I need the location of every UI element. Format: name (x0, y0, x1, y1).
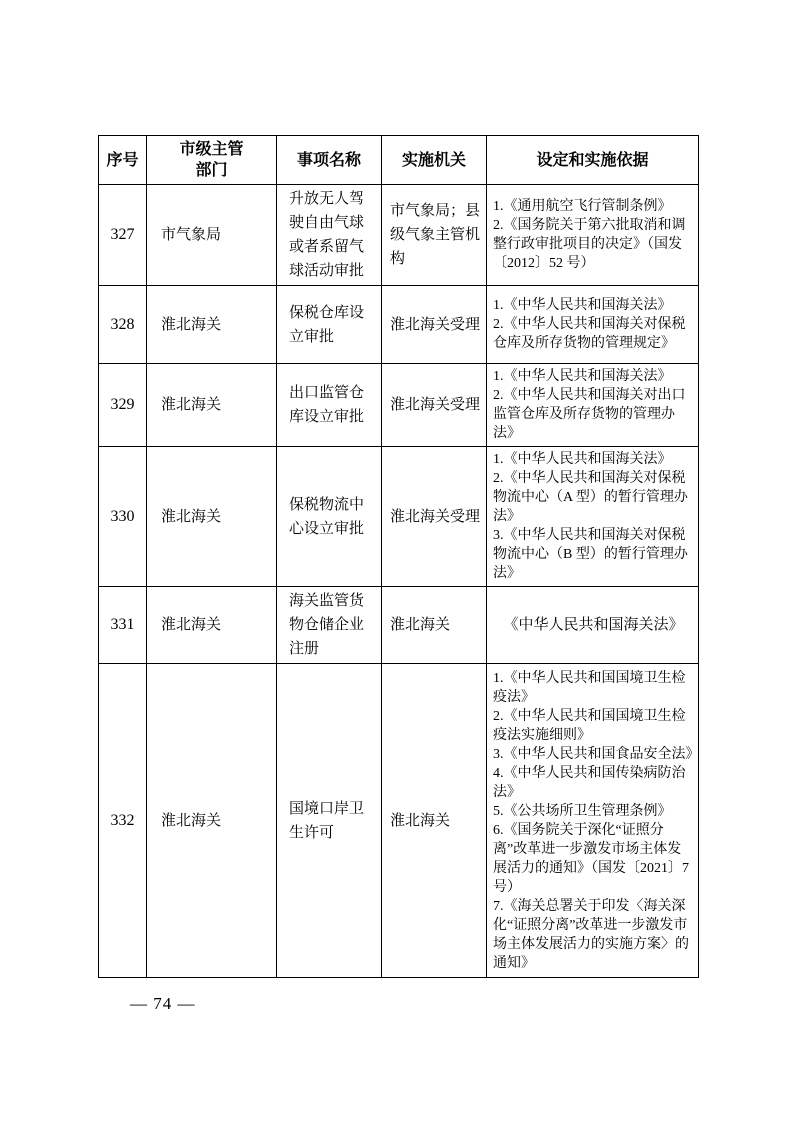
row-330-seq: 330 (99, 447, 147, 587)
basis-item: 2.《中华人民共和国海关对出口监管仓库及所存货物的管理办法》 (493, 386, 694, 443)
page-number: — 74 — (130, 994, 196, 1014)
row-331-department: 淮北海关 (147, 587, 277, 664)
basis-item: 2.《国务院关于第六批取消和调整行政审批项目的决定》（国发〔2012〕52 号） (493, 216, 694, 273)
table-row-328: 328 淮北海关 保税仓库设立审批 淮北海关受理 1.《中华人民共和国海关法》 … (99, 286, 699, 364)
basis-item: 4.《中华人民共和国传染病防治法》 (493, 764, 694, 802)
basis-item: 1.《中华人民共和国国境卫生检疫法》 (493, 669, 694, 707)
row-327-department: 市气象局 (147, 185, 277, 286)
basis-item: 2.《中华人民共和国国境卫生检疫法实施细则》 (493, 707, 694, 745)
row-329-agency: 淮北海关受理 (382, 364, 487, 447)
row-328-item: 保税仓库设立审批 (277, 286, 382, 364)
row-327-item: 升放无人驾驶自由气球或者系留气球活动审批 (277, 185, 382, 286)
basis-item: 1.《中华人民共和国海关法》 (493, 367, 694, 386)
header-department: 市级主管 部门 (147, 136, 277, 185)
row-327-basis: 1.《通用航空飞行管制条例》 2.《国务院关于第六批取消和调整行政审批项目的决定… (487, 185, 699, 286)
header-seq-number: 序号 (99, 136, 147, 185)
row-330-agency: 淮北海关受理 (382, 447, 487, 587)
header-item-name: 事项名称 (277, 136, 382, 185)
row-329-department: 淮北海关 (147, 364, 277, 447)
row-328-seq: 328 (99, 286, 147, 364)
basis-item: 7.《海关总署关于印发〈海关深化“证照分离”改革进一步激发市场主体发展活力的实施… (493, 897, 694, 973)
row-331-seq: 331 (99, 587, 147, 664)
row-330-basis: 1.《中华人民共和国海关法》 2.《中华人民共和国海关对保税物流中心（A 型）的… (487, 447, 699, 587)
row-332-basis: 1.《中华人民共和国国境卫生检疫法》 2.《中华人民共和国国境卫生检疫法实施细则… (487, 664, 699, 978)
basis-item: 2.《中华人民共和国海关对保税物流中心（A 型）的暂行管理办法》 (493, 469, 694, 526)
row-331-basis: 《中华人民共和国海关法》 (487, 587, 699, 664)
row-327-seq: 327 (99, 185, 147, 286)
header-agency: 实施机关 (382, 136, 487, 185)
row-328-department: 淮北海关 (147, 286, 277, 364)
row-327-agency: 市气象局；县级气象主管机构 (382, 185, 487, 286)
row-329-seq: 329 (99, 364, 147, 447)
row-329-item: 出口监管仓库设立审批 (277, 364, 382, 447)
row-332-agency: 淮北海关 (382, 664, 487, 978)
table-row-327: 327 市气象局 升放无人驾驶自由气球或者系留气球活动审批 市气象局；县级气象主… (99, 185, 699, 286)
header-legal-basis: 设定和实施依据 (487, 136, 699, 185)
table-header: 序号 市级主管 部门 事项名称 实施机关 设定和实施依据 (99, 136, 699, 185)
row-329-basis: 1.《中华人民共和国海关法》 2.《中华人民共和国海关对出口监管仓库及所存货物的… (487, 364, 699, 447)
table-row-332: 332 淮北海关 国境口岸卫生许可 淮北海关 1.《中华人民共和国国境卫生检疫法… (99, 664, 699, 978)
basis-item: 3.《中华人民共和国海关对保税物流中心（B 型）的暂行管理办法》 (493, 526, 694, 583)
table-row-330: 330 淮北海关 保税物流中心设立审批 淮北海关受理 1.《中华人民共和国海关法… (99, 447, 699, 587)
table-row-329: 329 淮北海关 出口监管仓库设立审批 淮北海关受理 1.《中华人民共和国海关法… (99, 364, 699, 447)
row-331-item: 海关监管货物仓储企业注册 (277, 587, 382, 664)
row-330-item: 保税物流中心设立审批 (277, 447, 382, 587)
row-332-seq: 332 (99, 664, 147, 978)
row-328-agency: 淮北海关受理 (382, 286, 487, 364)
basis-item: 5.《公共场所卫生管理条例》 (493, 802, 694, 821)
basis-item: 《中华人民共和国海关法》 (493, 616, 694, 635)
basis-item: 3.《中华人民共和国食品安全法》 (493, 745, 694, 764)
document-page: 序号 市级主管 部门 事项名称 实施机关 设定和实施依据 327 市气象局 升放… (0, 0, 793, 1122)
row-328-basis: 1.《中华人民共和国海关法》 2.《中华人民共和国海关对保税仓库及所存货物的管理… (487, 286, 699, 364)
basis-item: 6.《国务院关于深化“证照分离”改革进一步激发市场主体发展活力的通知》（国发〔2… (493, 821, 694, 897)
basis-item: 1.《通用航空飞行管制条例》 (493, 197, 694, 216)
row-332-item: 国境口岸卫生许可 (277, 664, 382, 978)
approval-items-table: 序号 市级主管 部门 事项名称 实施机关 设定和实施依据 327 市气象局 升放… (98, 135, 699, 978)
row-330-department: 淮北海关 (147, 447, 277, 587)
row-332-department: 淮北海关 (147, 664, 277, 978)
table-row-331: 331 淮北海关 海关监管货物仓储企业注册 淮北海关 《中华人民共和国海关法》 (99, 587, 699, 664)
basis-item: 2.《中华人民共和国海关对保税仓库及所存货物的管理规定》 (493, 315, 694, 353)
basis-item: 1.《中华人民共和国海关法》 (493, 450, 694, 469)
basis-item: 1.《中华人民共和国海关法》 (493, 296, 694, 315)
row-331-agency: 淮北海关 (382, 587, 487, 664)
